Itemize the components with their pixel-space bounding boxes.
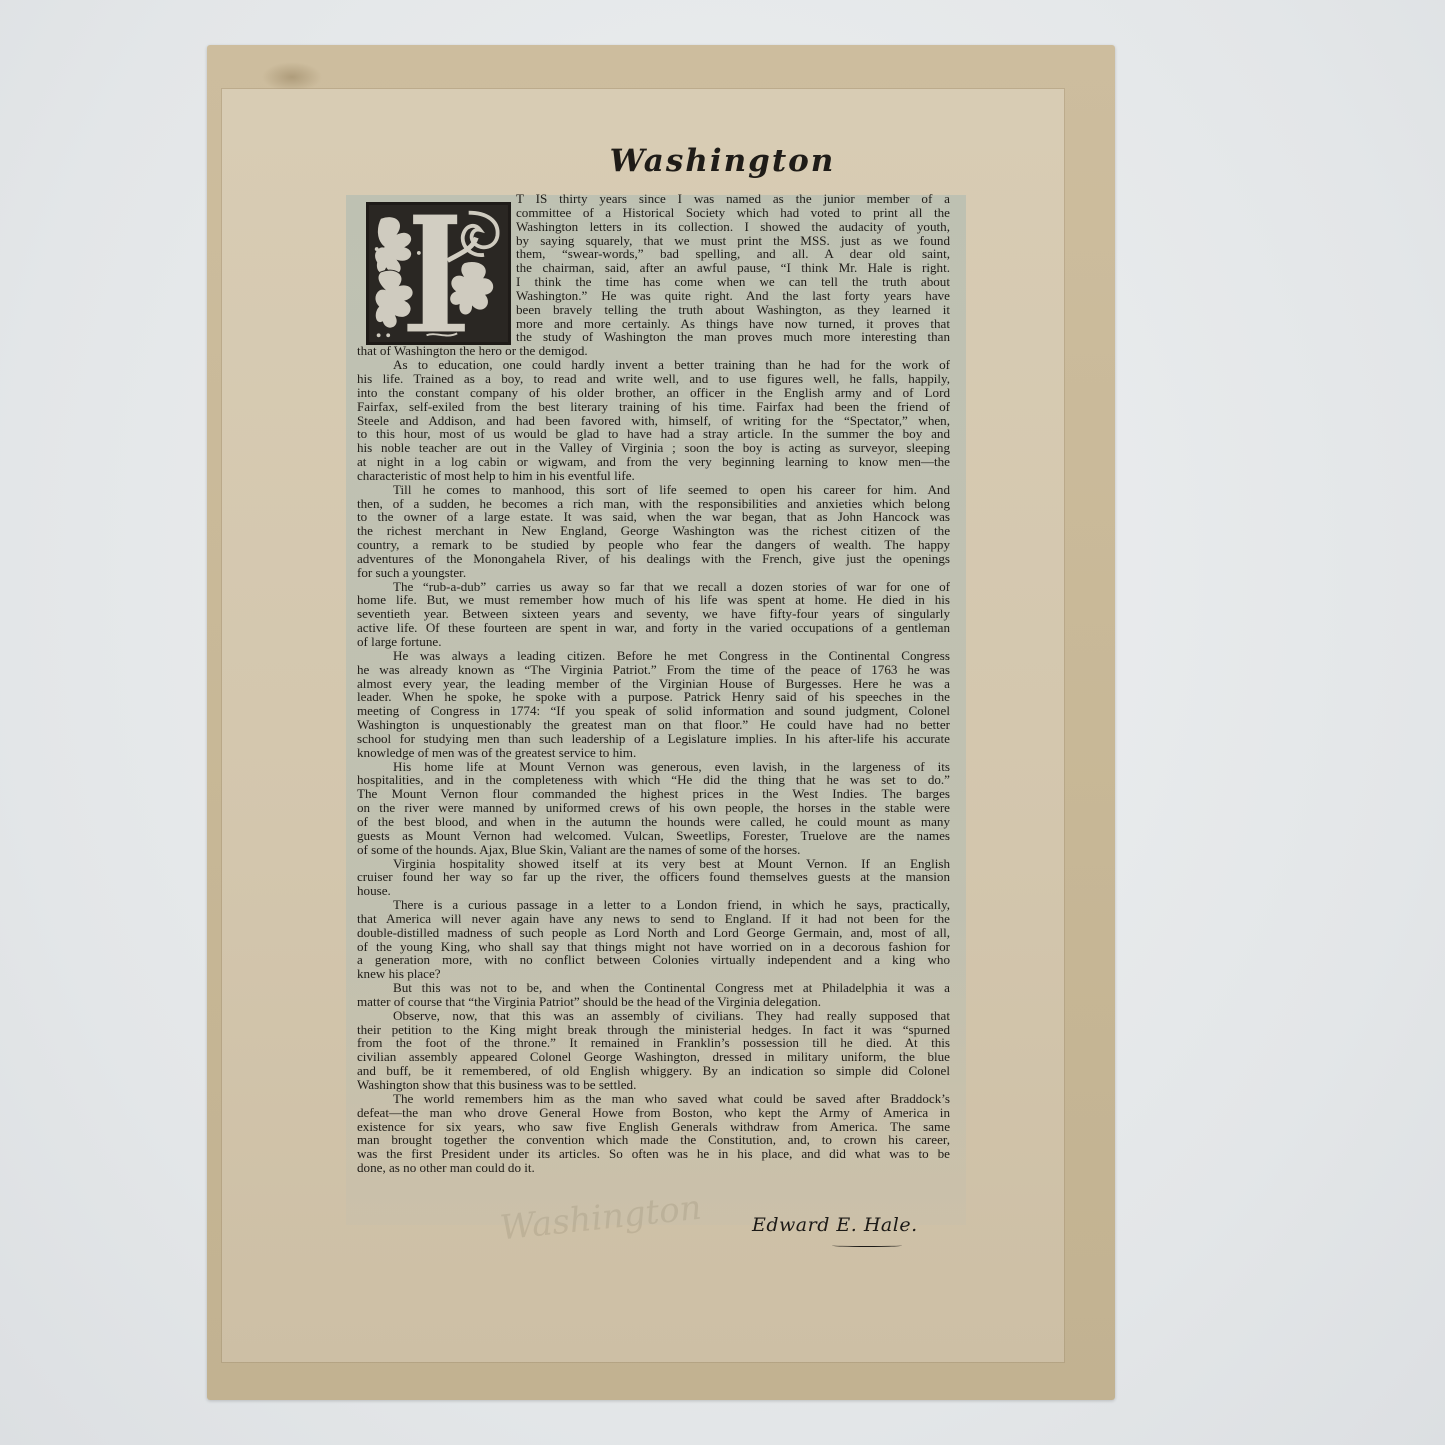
text-line: existence for six years, who saw five En… — [357, 1120, 950, 1134]
text-line: Virginia hospitality showed itself at it… — [357, 857, 950, 871]
text-line: Washington show that this business was t… — [357, 1078, 950, 1092]
text-line: on the river were manned by uniformed cr… — [357, 801, 950, 815]
text-line: The world remembers him as the man who s… — [357, 1092, 950, 1106]
text-line: of the best blood, and when in the autum… — [357, 815, 950, 829]
paragraph: The world remembers him as the man who s… — [357, 1092, 950, 1175]
text-line: active life. Of these fourteen are spent… — [357, 621, 950, 635]
text-line: Fairfax, self-exiled from the best liter… — [357, 400, 950, 414]
paragraph: His home life at Mount Vernon was genero… — [357, 760, 950, 857]
text-line: guests as Mount Vernon had welcomed. Vul… — [357, 829, 950, 843]
text-line: Steele and Addison, and had been favored… — [357, 414, 950, 428]
text-line: cruiser found her way so far up the rive… — [357, 870, 950, 884]
text-line: hospitalities, and in the completeness w… — [357, 773, 950, 787]
text-line: civilian assembly appeared Colonel Georg… — [357, 1050, 950, 1064]
text-line: to the owner of a large estate. It was s… — [357, 510, 950, 524]
text-line: T IS thirty years since I was named as t… — [516, 192, 950, 206]
paragraph: Observe, now, that this was an assembly … — [357, 1009, 950, 1092]
text-line: matter of course that “the Virginia Patr… — [357, 995, 950, 1009]
article-body: T IS thirty years since I was named as t… — [357, 192, 950, 1175]
paragraph: Till he comes to manhood, this sort of l… — [357, 483, 950, 580]
text-line: of large fortune. — [357, 635, 950, 649]
text-line: was the first President under its articl… — [357, 1147, 950, 1161]
text-line: Washington letters in its collection. I … — [516, 220, 950, 234]
text-line: home life. But, we must remember how muc… — [357, 593, 950, 607]
paragraph: There is a curious passage in a letter t… — [357, 898, 950, 981]
paper-stain — [262, 62, 322, 92]
text-line: The Mount Vernon flour commanded the hig… — [357, 787, 950, 801]
text-line: by saying squarely, that we must print t… — [516, 234, 950, 248]
text-line: he was already known as “The Virginia Pa… — [357, 663, 950, 677]
text-line: There is a curious passage in a letter t… — [357, 898, 950, 912]
text-line: characteristic of most help to him in hi… — [357, 469, 950, 483]
text-line: the chairman, said, after an awful pause… — [516, 261, 950, 275]
text-line: The “rub-a-dub” carries us away so far t… — [357, 580, 950, 594]
text-line: His home life at Mount Vernon was genero… — [357, 760, 950, 774]
text-line: the richest merchant in New England, Geo… — [357, 524, 950, 538]
text-line: meeting of Congress in 1774: “If you spe… — [357, 704, 950, 718]
text-line: double-distilled madness of such people … — [357, 926, 950, 940]
text-line: adventures of the Monongahela River, of … — [357, 552, 950, 566]
text-line: committee of a Historical Society which … — [516, 206, 950, 220]
text-line: of some of the hounds. Ajax, Blue Skin, … — [357, 843, 950, 857]
text-line: to this hour, most of us would be glad t… — [357, 427, 950, 441]
text-line: that of Washington the hero or the demig… — [357, 344, 950, 358]
text-line: his life. Trained as a boy, to read and … — [357, 372, 950, 386]
text-line: country, a remark to be studied by peopl… — [357, 538, 950, 552]
page-title: Washington — [0, 143, 1445, 179]
author-signature: Edward E. Hale. — [752, 1214, 918, 1236]
paragraph: He was always a leading citizen. Before … — [357, 649, 950, 760]
text-line: As to education, one could hardly invent… — [357, 358, 950, 372]
text-line: done, as no other man could do it. — [357, 1161, 950, 1175]
text-line: for such a youngster. — [357, 566, 950, 580]
signature-flourish — [832, 1244, 902, 1247]
text-line: and buff, be it remembered, of old Engli… — [357, 1064, 950, 1078]
text-line: their petition to the King might break t… — [357, 1023, 950, 1037]
text-line: that America will never again have any n… — [357, 912, 950, 926]
text-line: a generation more, with no conflict betw… — [357, 953, 950, 967]
text-line: But this was not to be, and when the Con… — [357, 981, 950, 995]
paragraph: As to education, one could hardly invent… — [357, 358, 950, 483]
text-line: I think the time has come when we can te… — [516, 275, 950, 289]
text-line: school for studying men than such leader… — [357, 732, 950, 746]
text-line: He was always a leading citizen. Before … — [357, 649, 950, 663]
text-line: the study of Washington the man proves m… — [516, 330, 950, 344]
text-line: them, “swear-words,” bad spelling, and a… — [516, 247, 950, 261]
paragraph: T IS thirty years since I was named as t… — [357, 192, 950, 358]
text-line: almost every year, the leading member of… — [357, 677, 950, 691]
text-line: leader. When he spoke, he spoke with a p… — [357, 690, 950, 704]
text-line: then, of a sudden, he becomes a rich man… — [357, 497, 950, 511]
text-line: Till he comes to manhood, this sort of l… — [357, 483, 950, 497]
text-line: Washington.” He was quite right. And the… — [516, 289, 950, 303]
text-line: seventieth year. Between sixteen years a… — [357, 607, 950, 621]
text-line: Washington is unquestionably the greates… — [357, 718, 950, 732]
text-line: Observe, now, that this was an assembly … — [357, 1009, 950, 1023]
text-line: man brought together the convention whic… — [357, 1133, 950, 1147]
text-line: defeat—the man who drove General Howe fr… — [357, 1106, 950, 1120]
text-line: more and more certainly. As things have … — [516, 317, 950, 331]
text-line: of the young King, who shall say that th… — [357, 940, 950, 954]
paragraph: The “rub-a-dub” carries us away so far t… — [357, 580, 950, 649]
text-line: his noble teacher are out in the Valley … — [357, 441, 950, 455]
text-line: at night in a log cabin or wigwam, and f… — [357, 455, 950, 469]
text-line: been bravely telling the truth about Was… — [516, 303, 950, 317]
text-line: into the constant company of his older b… — [357, 386, 950, 400]
text-line: from the foot of the throne.” It remaine… — [357, 1036, 950, 1050]
paragraph: But this was not to be, and when the Con… — [357, 981, 950, 1009]
paragraph: Virginia hospitality showed itself at it… — [357, 857, 950, 899]
text-line: knew his place? — [357, 967, 950, 981]
text-line: house. — [357, 884, 950, 898]
text-line: knowledge of men was of the greatest ser… — [357, 746, 950, 760]
